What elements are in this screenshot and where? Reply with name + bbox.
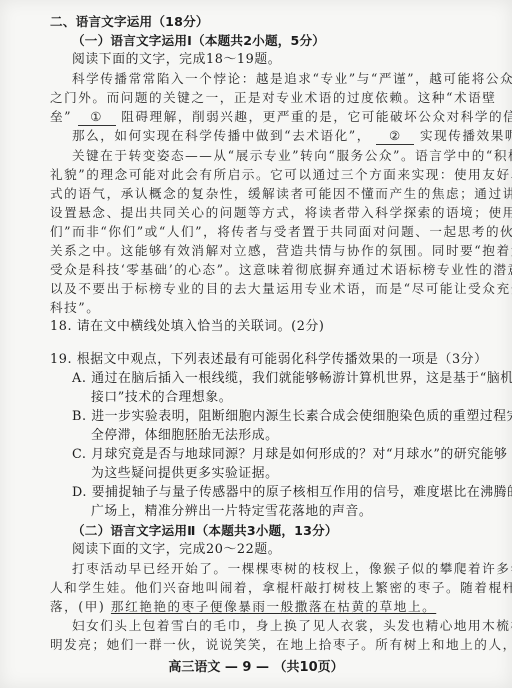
passage2-line: 明发亮；她们一群一伙，说说笑笑，在地上拾枣子。所有树上和地上的人，都时不 <box>50 637 512 653</box>
option-a: A. 通过在脑后插入一根线缆，我们就能够畅游计算机世界，这是基于“脑机 <box>72 371 512 387</box>
part2-instruction: 阅读下面的文字，完成20～22题。 <box>72 542 281 558</box>
footer-subject: 高三语文 <box>168 660 220 675</box>
passage2-line: 妇女们头上包着雪白的毛巾，身上换了见人衣裳，头发也精心地用木梳梳得黑 <box>72 618 512 634</box>
passage1-text: 那么，如何实现在科学传播中做到“去术语化”， <box>72 128 371 143</box>
passage1-line: 以及不要出于标榜专业的目的去大量运用专业术语，而是“尽可能让受众充分理解 <box>50 281 512 297</box>
option-d-cont: 广场上，精准分辨出一片特定雪花落地的声音。 <box>91 504 372 520</box>
passage1-line: 关系之中。这能够有效消解对立感，营造共情与协作的氛围。同时要“抱着大多数 <box>50 243 512 259</box>
passage1-text: 阻碍理解，削弱兴趣，更严重的是，它可能破坏公众对科学的信任。 <box>121 109 512 124</box>
passage2-line: 人和学生娃。他们兴奋地叫闹着，拿棍杆敲打树枝上繁密的枣子。随着棍杆的起 <box>50 580 512 596</box>
passage1-line: 科技”。 <box>50 300 100 316</box>
page-footer: 高三语文 — 9 — （共10页） <box>0 656 512 675</box>
option-text: 通过在脑后插入一根线缆，我们就能够畅游计算机世界，这是基于“脑机 <box>91 371 512 386</box>
question-text: 请在文中横线处填入恰当的关联词。(2分) <box>77 319 325 334</box>
option-c-cont: 为这些疑问提供更多实验证据。 <box>91 466 279 482</box>
passage1-line: 们”而非“你们”或“人们”，将传者与受者置于共同面对问题、一起思考的伙伴 <box>50 224 512 240</box>
passage2-line: 打枣活动早已经开始了。一棵棵枣树的枝杈上，像猴子似的攀爬着许多年轻男 <box>72 561 512 577</box>
option-label: D. <box>72 485 87 500</box>
option-label: C. <box>72 447 87 462</box>
section-title: 二、语言文字运用（18分） <box>50 14 209 30</box>
option-b: B. 进一步实验表明，阻断细胞内源生长素合成会使细胞染色质的重塑过程完 <box>72 409 512 425</box>
passage1-line: 受众是科技‘零基础’的心态”。这意味着彻底摒弃通过术语标榜专业性的潜意识， <box>50 262 512 278</box>
option-text: 要捕捉轴子与量子传感器中的原子核相互作用的信号，难度堪比在沸腾的 <box>92 485 512 500</box>
option-label: B. <box>72 409 87 424</box>
passage1-line: 式的语气，承认概念的复杂性，缓解读者可能因不懂而产生的焦虑；通过讲故事、 <box>50 186 512 202</box>
question-number: 19. <box>50 352 72 367</box>
option-text: 月球究竟是否与地球同源？月球是如何形成的？对“月球水”的研究能够 <box>91 447 507 462</box>
option-b-cont: 全停滞，体细胞胚胎无法形成。 <box>91 428 279 444</box>
passage2-line: 落，(甲) 那红艳艳的枣子便像暴雨一般撒落在枯黄的草地上。 <box>50 599 436 615</box>
footer-page: — 9 — <box>225 660 269 675</box>
option-label: A. <box>72 371 87 386</box>
passage1-line: 之门外。而问题的关键之一，正是对专业术语的过度依赖。这种“术语壁 <box>50 90 496 106</box>
option-d: D. 要捕捉轴子与量子传感器中的原子核相互作用的信号，难度堪比在沸腾的 <box>72 485 512 501</box>
option-c: C. 月球究竟是否与地球同源？月球是如何形成的？对“月球水”的研究能够 <box>72 447 507 463</box>
passage1-line: 设置悬念、提出共同关心的问题等方式，将读者带入科学探索的语境；使用“我 <box>50 205 512 221</box>
footer-total: （共10页） <box>274 660 344 675</box>
blank-1: ① <box>78 109 116 126</box>
passage1-line: 那么，如何实现在科学传播中做到“去术语化”， ② 实现传播效果呢？ <box>72 128 512 145</box>
question-text: 根据文中观点，下列表述最有可能弱化科学传播效果的一项是（3分） <box>77 352 488 367</box>
part1-title: （一）语言文字运用Ⅰ（本题共2小题，5分） <box>72 33 325 49</box>
option-a-cont: 接口”技术的合理想象。 <box>91 390 232 406</box>
part2-title: （二）语言文字运用Ⅱ（本题共3小题，13分） <box>72 523 338 539</box>
blank-2: ② <box>376 128 414 145</box>
underlined-sentence-jia: 那红艳艳的枣子便像暴雨一般撒落在枯黄的草地上。 <box>111 599 436 614</box>
passage1-text: 实现传播效果呢？ <box>420 128 512 143</box>
passage1-line: 关键在于转变姿态——从“展示专业”转向“服务公众”。语言学中的“积极 <box>72 148 512 164</box>
passage2-text: 落，(甲) <box>50 599 105 614</box>
passage1-line: 科学传播常常陷入一个悖论：越是追求“专业”与“严谨”，越可能将公众拒 <box>72 71 512 87</box>
passage1-text: 垒” <box>50 109 72 124</box>
question-19: 19. 根据文中观点，下列表述最有可能弱化科学传播效果的一项是（3分） <box>50 352 487 368</box>
question-number: 18. <box>50 319 72 334</box>
option-text: 进一步实验表明，阻断细胞内源生长素合成会使细胞染色质的重塑过程完 <box>91 409 512 424</box>
passage1-line: 礼貌”的理念可能对此会有所启示。它可以通过三个方面来实现：使用友好、非正 <box>50 167 512 183</box>
exam-page: 二、语言文字运用（18分） （一）语言文字运用Ⅰ（本题共2小题，5分） 阅读下面… <box>0 0 512 688</box>
passage1-line: 垒” ① 阻碍理解，削弱兴趣，更严重的是，它可能破坏公众对科学的信任。 <box>50 109 512 126</box>
part1-instruction: 阅读下面的文字，完成18～19题。 <box>72 52 281 68</box>
question-18: 18. 请在文中横线处填入恰当的关联词。(2分) <box>50 319 325 335</box>
